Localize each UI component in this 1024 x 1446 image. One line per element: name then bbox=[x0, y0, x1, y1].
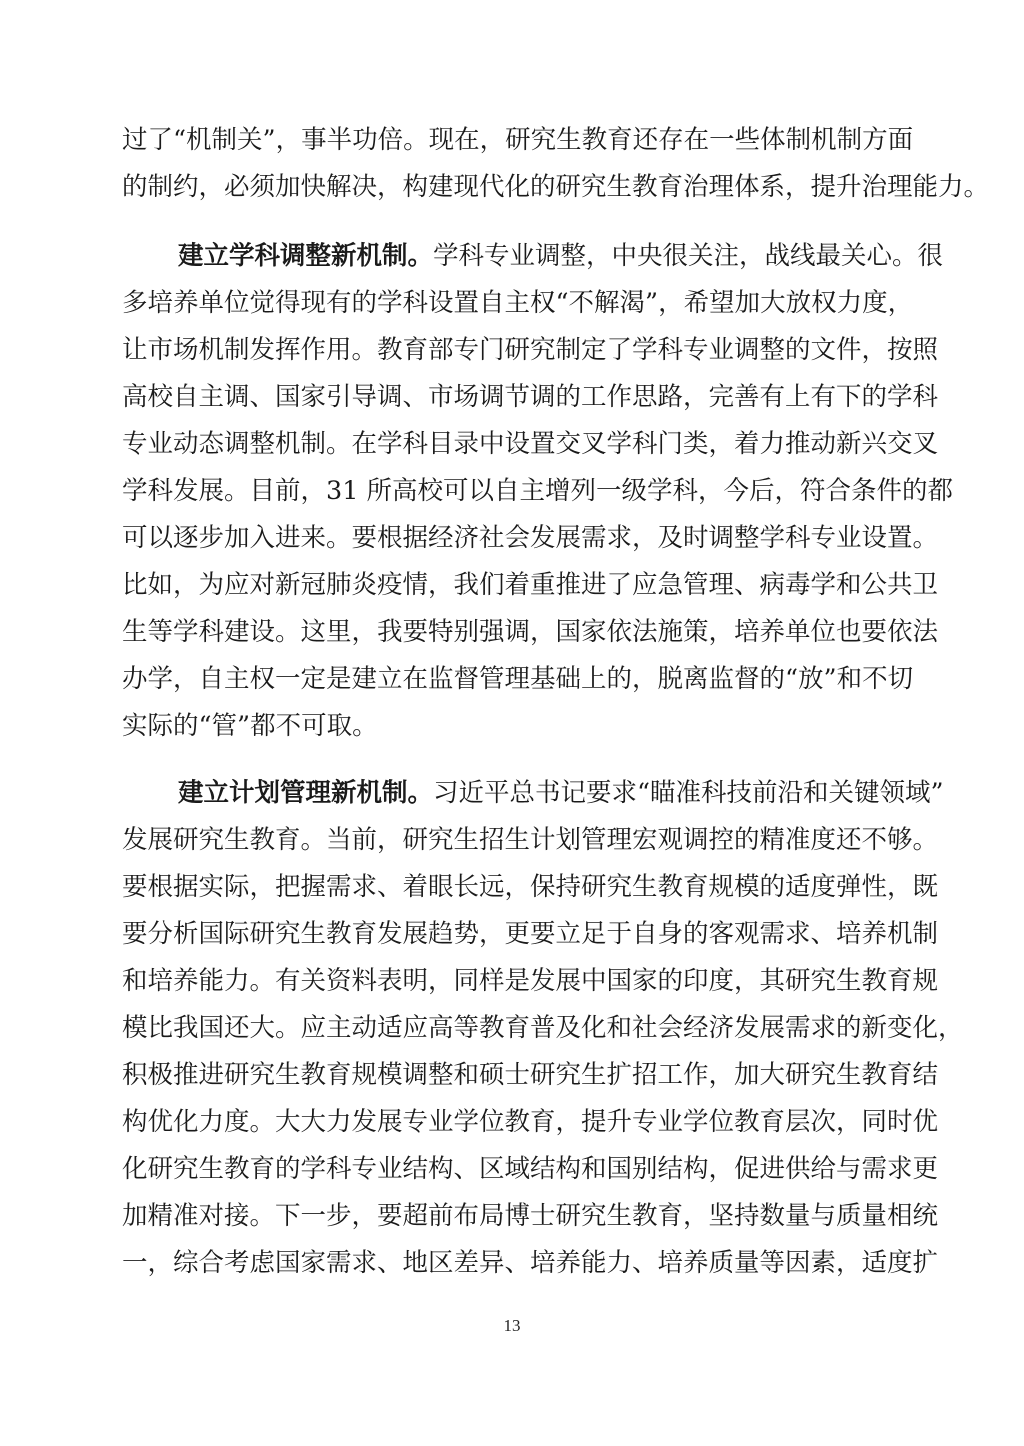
text-line: 可以逐步加入进来。要根据经济社会发展需求，及时调整学科专业设置。 bbox=[122, 515, 902, 562]
text-line: 构优化力度。大大力发展专业学位教育，提升专业学位教育层次，同时优 bbox=[122, 1099, 902, 1146]
text-line: 让市场机制发挥作用。教育部专门研究制定了学科专业调整的文件，按照 bbox=[122, 327, 902, 374]
text-line: 要分析国际研究生教育发展趋势，更要立足于自身的客观需求、培养机制 bbox=[122, 911, 902, 958]
page-number: 13 bbox=[0, 1316, 1024, 1336]
text-line: 建立学科调整新机制。学科专业调整，中央很关注，战线最关心。很 bbox=[122, 233, 902, 280]
document-page: 过了“机制关”，事半功倍。现在，研究生教育还存在一些体制机制方面 的制约，必须加… bbox=[0, 0, 1024, 1446]
text-line: 办学，自主权一定是建立在监督管理基础上的，脱离监督的“放”和不切 bbox=[122, 656, 902, 703]
text-line: 比如，为应对新冠肺炎疫情，我们着重推进了应急管理、病毒学和公共卫 bbox=[122, 562, 902, 609]
text-line: 学科发展。目前，31 所高校可以自主增列一级学科，今后，符合条件的都 bbox=[122, 468, 902, 515]
text-line: 一，综合考虑国家需求、地区差异、培养能力、培养质量等因素，适度扩 bbox=[122, 1240, 902, 1287]
text-line: 高校自主调、国家引导调、市场调节调的工作思路，完善有上有下的学科 bbox=[122, 374, 902, 421]
text-line: 实际的“管”都不可取。 bbox=[122, 703, 902, 750]
text-line: 专业动态调整机制。在学科目录中设置交叉学科门类，着力推动新兴交叉 bbox=[122, 421, 902, 468]
text-line-content: 学科专业调整，中央很关注，战线最关心。很 bbox=[433, 241, 943, 271]
text-line: 过了“机制关”，事半功倍。现在，研究生教育还存在一些体制机制方面 bbox=[122, 117, 902, 164]
text-line: 要根据实际，把握需求、着眼长远，保持研究生教育规模的适度弹性，既 bbox=[122, 864, 902, 911]
text-line: 模比我国还大。应主动适应高等教育普及化和社会经济发展需求的新变化， bbox=[122, 1005, 902, 1052]
text-line: 生等学科建设。这里，我要特别强调，国家依法施策，培养单位也要依法 bbox=[122, 609, 902, 656]
paragraph-heading: 建立计划管理新机制。 bbox=[178, 778, 433, 808]
text-line: 和培养能力。有关资料表明，同样是发展中国家的印度，其研究生教育规 bbox=[122, 958, 902, 1005]
text-line: 积极推进研究生教育规模调整和硕士研究生扩招工作，加大研究生教育结 bbox=[122, 1052, 902, 1099]
text-line: 加精准对接。下一步，要超前布局博士研究生教育，坚持数量与质量相统 bbox=[122, 1193, 902, 1240]
text-line: 发展研究生教育。当前，研究生招生计划管理宏观调控的精准度还不够。 bbox=[122, 817, 902, 864]
text-line-content: 习近平总书记要求“瞄准科技前沿和关键领域” bbox=[433, 778, 944, 808]
text-line: 建立计划管理新机制。习近平总书记要求“瞄准科技前沿和关键领域” bbox=[122, 770, 902, 817]
text-line: 化研究生教育的学科专业结构、区域结构和国别结构，促进供给与需求更 bbox=[122, 1146, 902, 1193]
text-line: 多培养单位觉得现有的学科设置自主权“不解渴”，希望加大放权力度， bbox=[122, 280, 902, 327]
text-line: 的制约，必须加快解决，构建现代化的研究生教育治理体系，提升治理能力。 bbox=[122, 164, 902, 211]
paragraph-heading: 建立学科调整新机制。 bbox=[178, 241, 433, 271]
